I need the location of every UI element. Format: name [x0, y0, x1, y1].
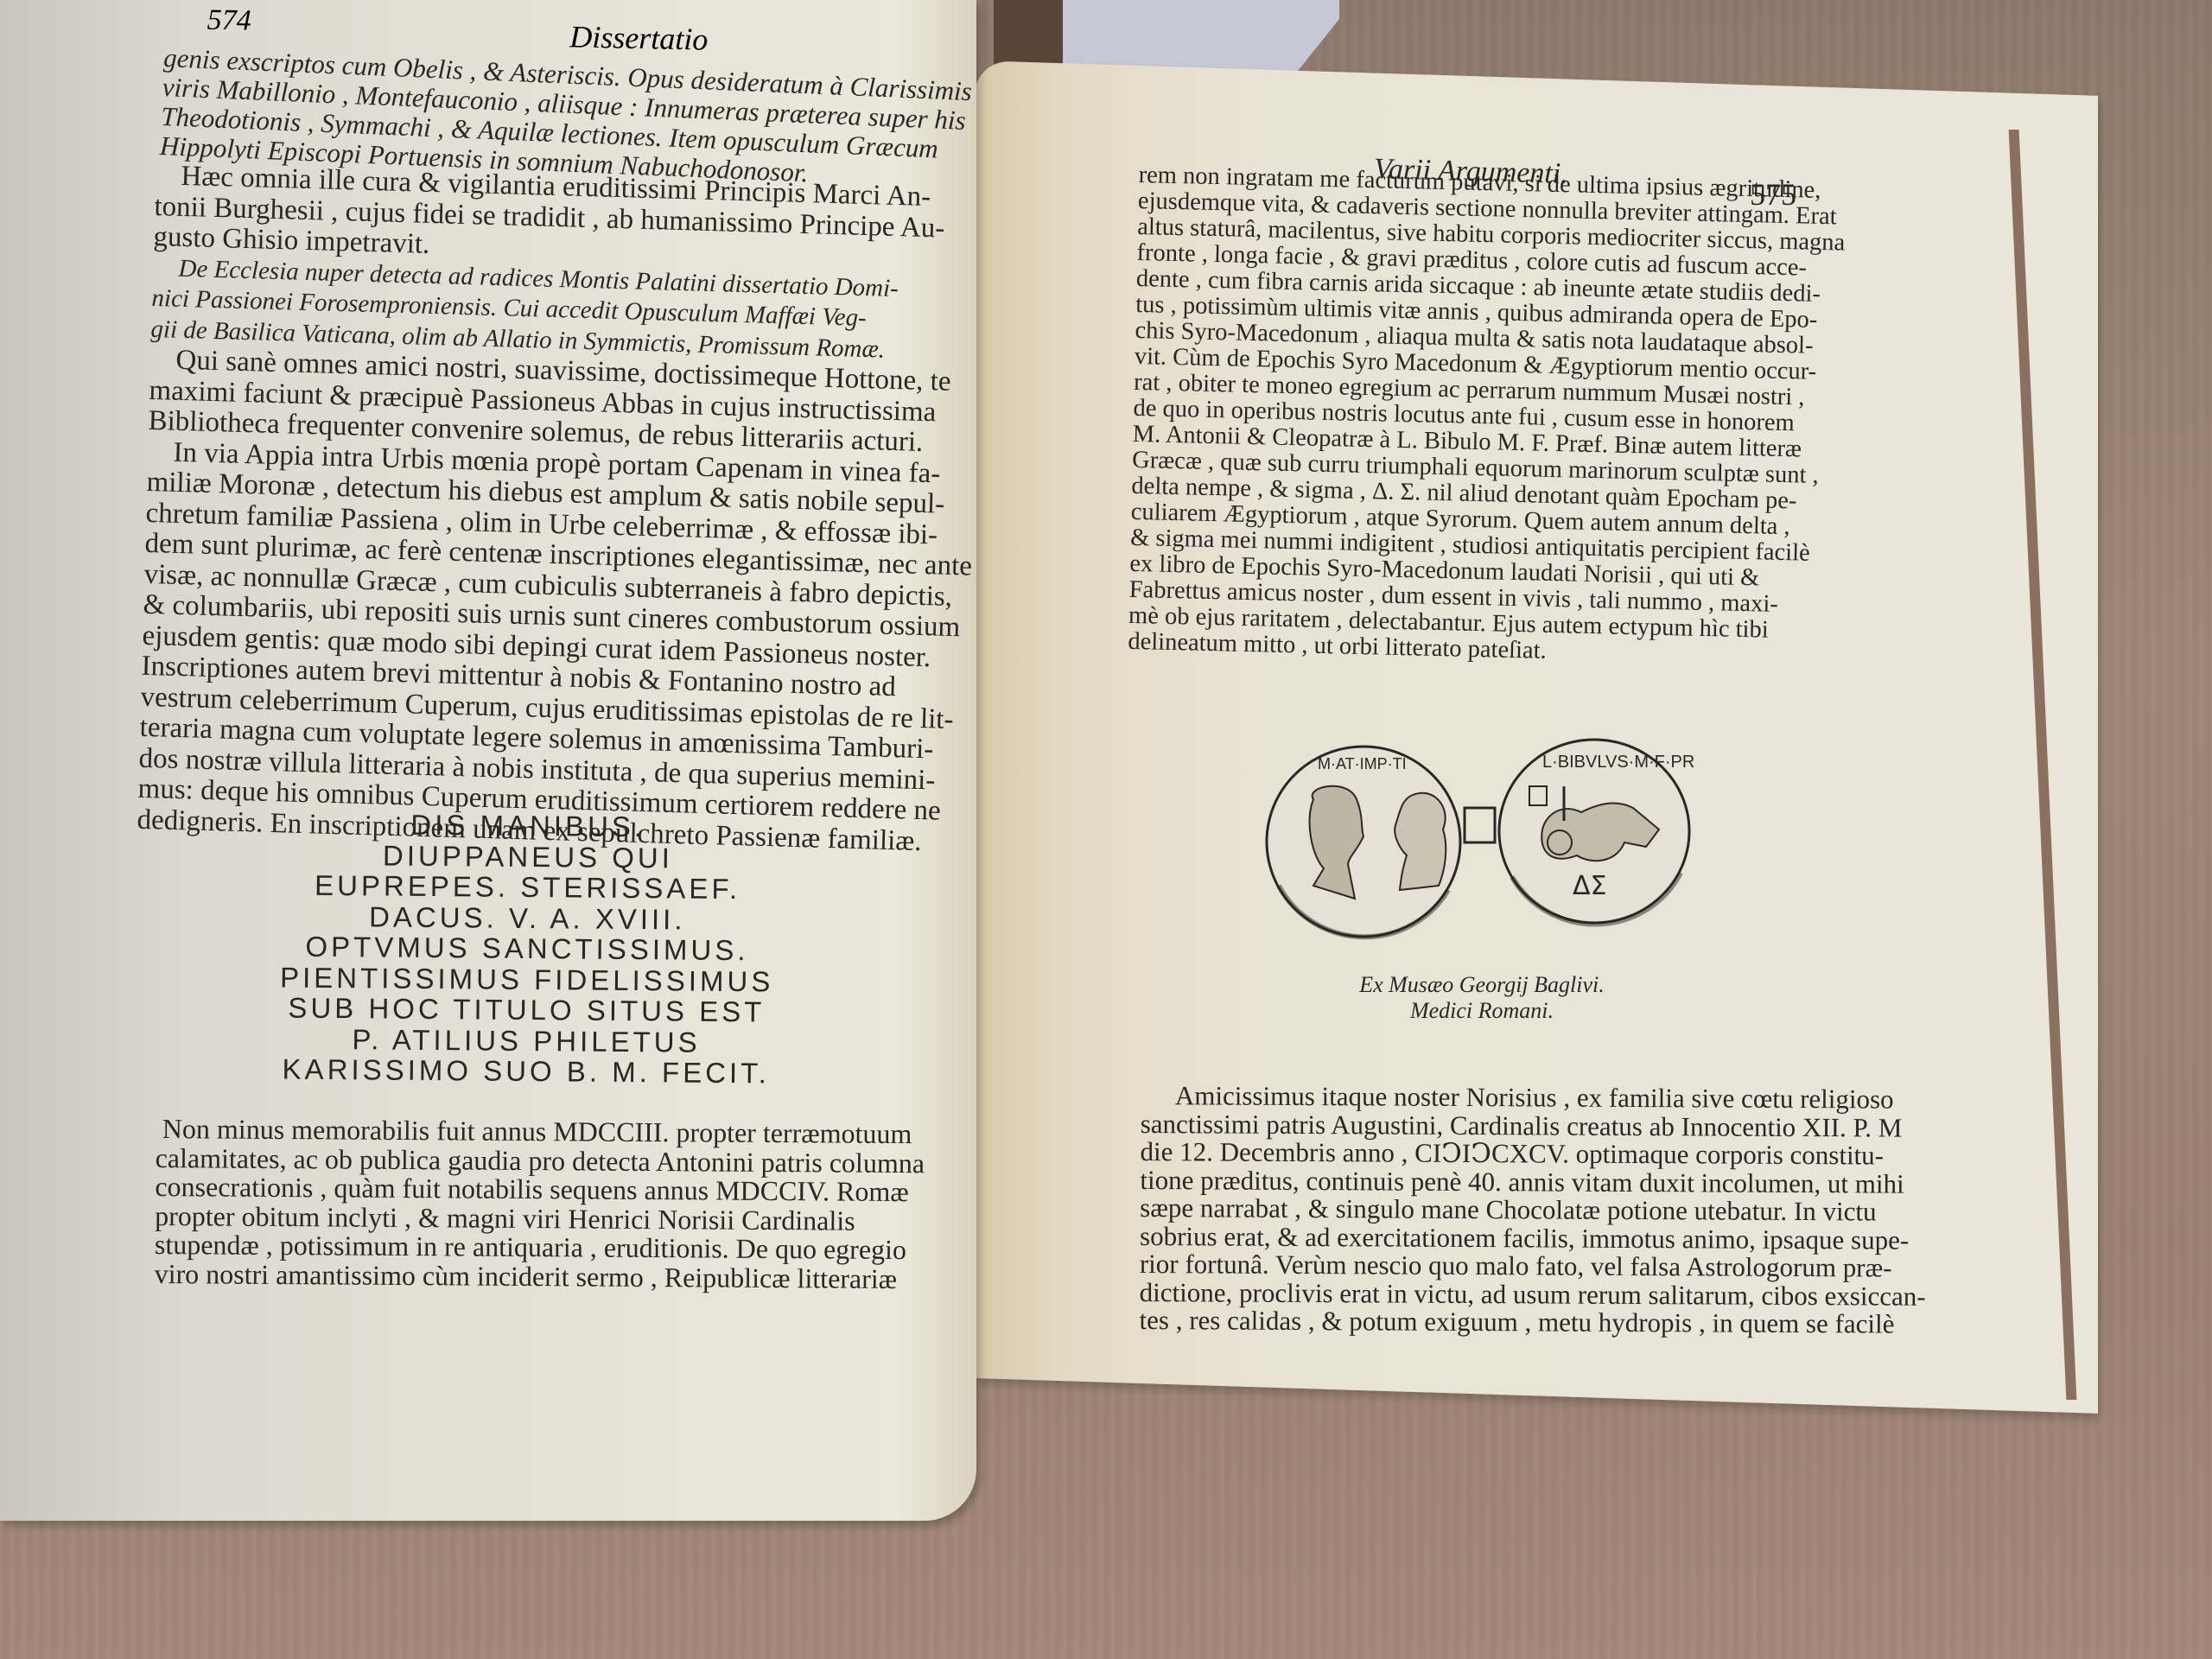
latin-inscription: DIS MANIBUS. DIUPPANEUS QUI EUPREPES. ST…: [137, 807, 918, 1090]
svg-text:L·BIBVLVS·M·F·PR: L·BIBVLVS·M·F·PR: [1542, 753, 1694, 772]
svg-text:M·AT·IMP·TI: M·AT·IMP·TI: [1318, 755, 1407, 772]
caption-line: Ex Musæo Georgij Baglivi.: [1344, 972, 1620, 998]
right-body-text: rem non ingratam me facturum putavi, si …: [1128, 162, 1813, 671]
coin-engraving: M·AT·IMP·TI L·BIBVLVS·M·F·PR ΔΣ: [1253, 734, 1711, 942]
text-line: viro nostri amantissimo cùm inciderit se…: [155, 1259, 950, 1294]
right-bottom-paragraph: Amicissimus itaque noster Norisius , ex …: [1139, 1082, 1832, 1338]
caption-line: Medici Romani.: [1344, 998, 1620, 1024]
left-bottom-paragraph: Non minus memorabilis fuit annus MDCCIII…: [155, 1115, 950, 1294]
text-line: tes , res calidas , & potum exiguum , me…: [1139, 1306, 1830, 1338]
coin-illustration-icon: M·AT·IMP·TI L·BIBVLVS·M·F·PR ΔΣ: [1253, 734, 1711, 942]
figure-caption: Ex Musæo Georgij Baglivi. Medici Romani.: [1344, 972, 1620, 1024]
running-head-left: Dissertatio: [569, 18, 709, 57]
left-body-text: Hæc omnia ille cura & vigilantia eruditi…: [137, 161, 967, 858]
svg-text:ΔΣ: ΔΣ: [1573, 871, 1606, 901]
page-number-left: 574: [207, 4, 251, 38]
